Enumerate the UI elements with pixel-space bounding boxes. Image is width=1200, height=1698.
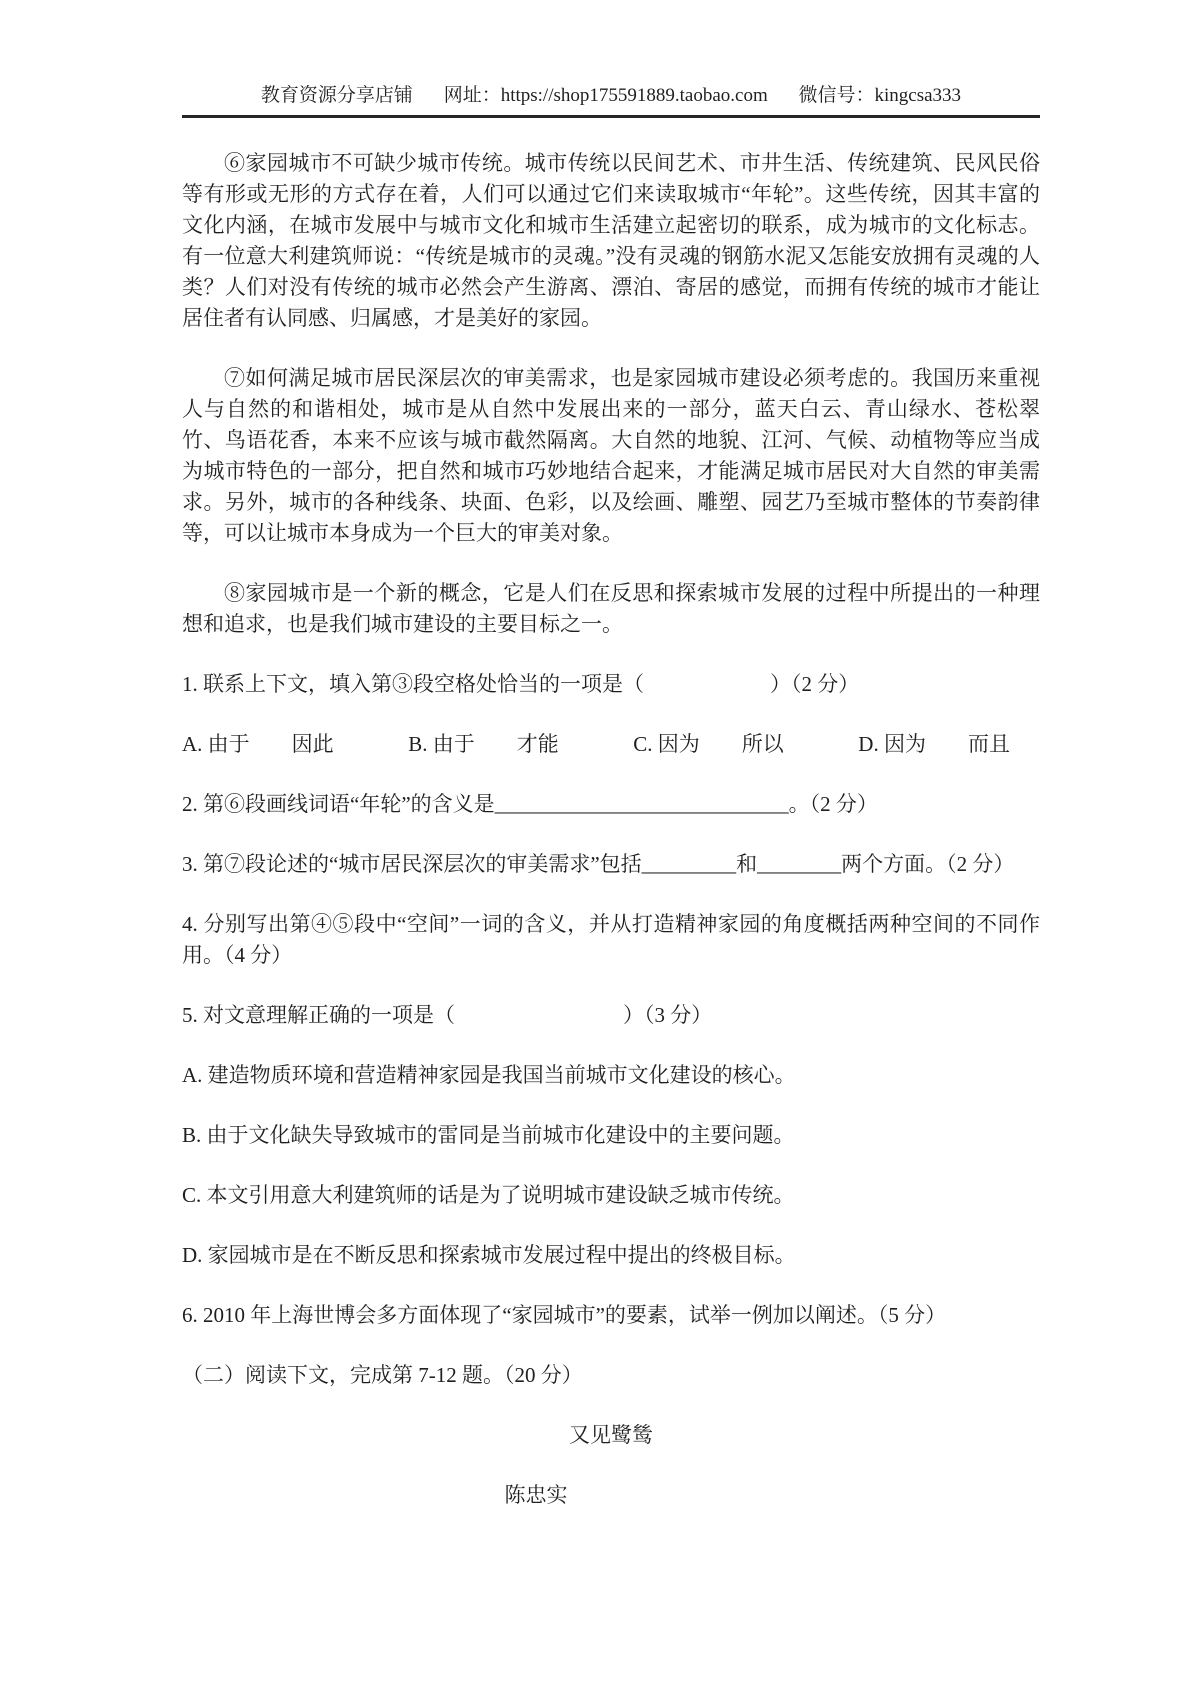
question-5-option-b: B. 由于文化缺失导致城市的雷同是当前城市化建设中的主要问题。	[182, 1120, 1040, 1151]
header-divider-rule	[182, 115, 1040, 118]
wechat-id: kingcsa333	[875, 85, 962, 106]
store-name: 教育资源分享店铺	[261, 80, 413, 107]
site-url-label: 网址：	[444, 85, 501, 106]
question-3: 3. 第⑦段论述的“城市居民深层次的审美需求”包括_________和_____…	[182, 849, 1040, 880]
question-3-text: 3. 第⑦段论述的“城市居民深层次的审美需求”包括	[182, 852, 642, 876]
question-5-option-c: C. 本文引用意大利建筑师的话是为了说明城市建设缺乏城市传统。	[182, 1180, 1040, 1211]
answer-blank: _________	[642, 852, 737, 876]
wechat-group: 微信号：kingcsa333	[799, 80, 962, 107]
site-url-group: 网址：https://shop175591889.taobao.com	[444, 80, 768, 107]
essay-author: 陈忠实	[182, 1480, 1040, 1511]
site-url: https://shop175591889.taobao.com	[501, 85, 768, 106]
question-2: 2. 第⑥段画线词语“年轮”的含义是______________________…	[182, 789, 1040, 820]
page-header: 教育资源分享店铺 网址：https://shop175591889.taobao…	[182, 0, 1040, 107]
passage-paragraph-7: ⑦如何满足城市居民深层次的审美需求，也是家园城市建设必须考虑的。我国历来重视人与…	[182, 363, 1040, 549]
section-two-intro: （二）阅读下文，完成第 7-12 题。（20 分）	[182, 1360, 1040, 1391]
answer-blank: ________	[757, 852, 841, 876]
question-5-option-a: A. 建造物质环境和营造精神家园是我国当前城市文化建设的核心。	[182, 1060, 1040, 1091]
question-3-mid: 和	[736, 852, 757, 876]
question-3-suffix: 两个方面。（2 分）	[841, 852, 1014, 876]
question-1-options: A. 由于 因此 B. 由于 才能 C. 因为 所以 D. 因为 而且	[182, 729, 1040, 760]
passage-paragraph-8: ⑧家园城市是一个新的概念，它是人们在反思和探索城市发展的过程中所提出的一种理想和…	[182, 578, 1040, 640]
question-6: 6. 2010 年上海世博会多方面体现了“家园城市”的要素，试举一例加以阐述。（…	[182, 1300, 1040, 1331]
question-5: 5. 对文意理解正确的一项是（ ）（3 分）	[182, 1000, 1040, 1031]
wechat-label: 微信号：	[799, 85, 875, 106]
question-1-option-a: A. 由于 因此	[182, 729, 334, 760]
passage-paragraph-6: ⑥家园城市不可缺少城市传统。城市传统以民间艺术、市井生活、传统建筑、民风民俗等有…	[182, 148, 1040, 334]
question-1: 1. 联系上下文，填入第③段空格处恰当的一项是（ ）（2 分）	[182, 669, 1040, 700]
question-2-text: 2. 第⑥段画线词语“年轮”的含义是	[182, 792, 495, 816]
question-1-option-b: B. 由于 才能	[408, 729, 559, 760]
question-1-option-d: D. 因为 而且	[858, 729, 1010, 760]
question-2-suffix: 。（2 分）	[789, 792, 878, 816]
question-1-option-c: C. 因为 所以	[633, 729, 784, 760]
question-5-option-d: D. 家园城市是在不断反思和探索城市发展过程中提出的终极目标。	[182, 1240, 1040, 1271]
essay-title: 又见鹭鸶	[182, 1420, 1040, 1451]
answer-blank: ____________________________	[495, 792, 789, 816]
question-4: 4. 分别写出第④⑤段中“空间”一词的含义，并从打造精神家园的角度概括两种空间的…	[182, 909, 1040, 971]
exam-document-page: 教育资源分享店铺 网址：https://shop175591889.taobao…	[0, 0, 1200, 1698]
